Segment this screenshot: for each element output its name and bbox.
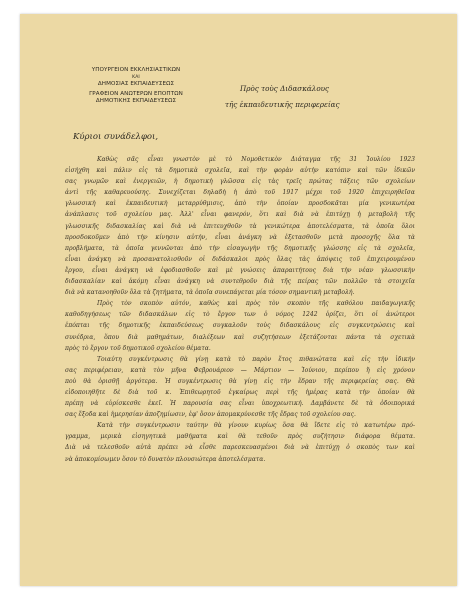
body-line: διδασκαλίαν καὶ ἀκόμη εἶναι ἀνάγκη νὰ συ…	[65, 276, 415, 287]
body-line: σας γνωμῶν καὶ ἐνεργειῶν, ἡ δημοτικὴ γλῶ…	[65, 176, 415, 187]
body-line: εἶναι ἀνάγκη νὰ προσανατολισθοῦν οἱ διδά…	[65, 254, 415, 265]
body-line: προβλήματα, τὰ ὁποῖα γεννῶνται ἀπὸ τὴν ε…	[65, 243, 415, 254]
body-line: εἰδοποιηθῆτε δὲ διὰ τοῦ κ. Ἐπιθεωρητοῦ ἐ…	[65, 387, 415, 398]
body-line: Διὰ νὰ τελεσθοῦν αὐτὰ πρέπει νὰ εἶσθε πα…	[65, 442, 415, 453]
body-line: πρέπῃ νὰ εὑρίσκεσθε ἐκεῖ. Ἡ παρουσία σας…	[65, 398, 415, 409]
salutation: Κύριοι συνάδελφοι,	[73, 132, 158, 142]
body-line: γλωσσικὴ καὶ ἐκπαιδευτικὴ μεταρρύθμισις,…	[65, 198, 415, 209]
letter-page: ΥΠΟΥΡΓΕΙΟΝ ΕΚΚΛΗΣΙΑΣΤΙΚΩΝ ΚΑΙ ΔΗΜΟΣΙΑΣ Ε…	[20, 14, 457, 586]
letterhead-education: ΔΗΜΟΣΙΑΣ ΕΚΠΑΙΔΕΥΣΕΩΣ	[70, 81, 202, 88]
body-line: ἐπόπται τῆς δημοτικῆς ἐκπαιδεύσεως συγκα…	[65, 320, 415, 331]
letterhead-office: ΓΡΑΦΕΙΟΝ ΑΝΩΤΕΡΩΝ ΕΠΟΠΤΩΝ	[70, 91, 202, 98]
body-line: νὰ ἀποκομίσωμεν ὅσον τὸ δυνατὸν πλουσιώτ…	[65, 454, 415, 465]
body-line: Τοιαύτη συγκέντρωσις θὰ γίνῃ κατὰ τὸ παρ…	[65, 354, 415, 365]
letter-body: Καθὼς σᾶς εἶναι γνωστὸν μὲ τὸ Νομοθετικὸ…	[65, 154, 415, 465]
letterhead: ΥΠΟΥΡΓΕΙΟΝ ΕΚΚΛΗΣΙΑΣΤΙΚΩΝ ΚΑΙ ΔΗΜΟΣΙΑΣ Ε…	[70, 67, 202, 105]
body-line: προσδοκοῦμεν ἀπὸ τὴν κίνησιν αὐτήν, εἶνα…	[65, 232, 415, 243]
letterhead-primary: ΔΗΜΟΤΙΚΗΣ ΕΚΠΑΙΔΕΥΣΕΩΣ	[70, 98, 202, 105]
body-line: σας ἔξοδα καὶ ἡμερησίαν ἀποζημίωσιν, ἐφ'…	[65, 409, 415, 420]
body-line: γραμμα, μερικὰ εἰσηγητικὰ μαθήματα καὶ θ…	[65, 431, 415, 442]
body-line: ἔργου, εἶναι ἀνάγκη νὰ ἐφοδιασθοῦν καὶ μ…	[65, 265, 415, 276]
body-line: πρὸς τὸ ἔργον τοῦ δημοτικοῦ σχολείου θέμ…	[65, 343, 415, 354]
body-line: Κατὰ τὴν συγκέντρωσιν ταύτην θὰ γίνουν κ…	[65, 420, 415, 431]
body-line: ἀνάπλασις τοῦ σχολείου μας. Ἀλλ' εἶναι φ…	[65, 209, 415, 220]
body-line: διὰ νὰ κατανοηθοῦν ὅλα τὰ ζητήματα, τὰ ὁ…	[65, 287, 415, 298]
body-line: σας περιφέρειαν, κατὰ τὸν μῆνα Φεβρουάρι…	[65, 365, 415, 376]
addressee-line-1: Πρὸς τοὺς Διδασκάλους	[225, 81, 385, 97]
letterhead-ministry: ΥΠΟΥΡΓΕΙΟΝ ΕΚΚΛΗΣΙΑΣΤΙΚΩΝ	[70, 67, 202, 74]
addressee: Πρὸς τοὺς Διδασκάλους τῆς ἐκπαιδευτικῆς …	[225, 81, 385, 113]
body-line: Καθὼς σᾶς εἶναι γνωστὸν μὲ τὸ Νομοθετικὸ…	[65, 154, 415, 165]
body-line: καθοδηγήσεως τῶν διδασκάλων εἰς τὸ ἔργον…	[65, 309, 415, 320]
body-line: γλωσσικῆς διδασκαλίας καὶ διὰ νὰ ἐπιτευχ…	[65, 221, 415, 232]
body-line: ἀντὶ τῆς καθαρευούσης. Συνεχίζεται δηλαδ…	[65, 187, 415, 198]
body-line: ποὺ θὰ ὁρισθῇ ἀργότερα. Ἡ συγκέντρωσις θ…	[65, 376, 415, 387]
body-line: Πρὸς τὸν σκοπὸν αὐτόν, καθὼς καὶ πρὸς τὸ…	[65, 298, 415, 309]
body-line: συνέδρια, ὅπου διὰ μαθημάτων, διαλέξεων …	[65, 332, 415, 343]
addressee-line-2: τῆς ἐκπαιδευτικῆς περιφερείας	[225, 97, 385, 113]
letterhead-and: ΚΑΙ	[70, 74, 202, 81]
body-line: εἰσήχθη καὶ πάλιν εἰς τὰ δημοτικὰ σχολεῖ…	[65, 165, 415, 176]
